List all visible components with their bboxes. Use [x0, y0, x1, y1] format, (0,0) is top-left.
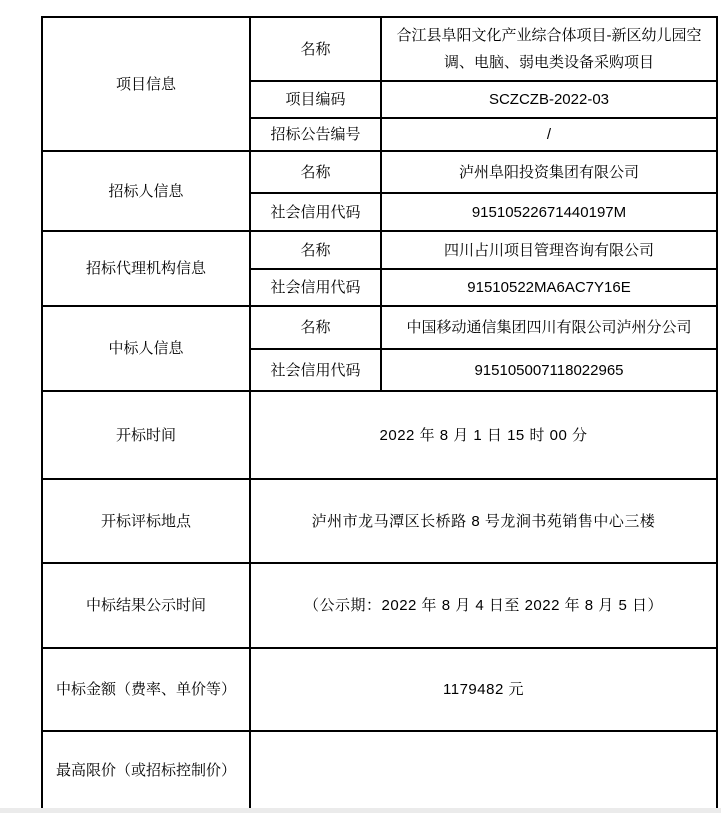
field-value-tenderer-credit-code: 91510522671440197M: [381, 193, 717, 231]
field-label-agency-credit-code: 社会信用代码: [250, 269, 381, 306]
table-container: 项目信息 名称 合江县阜阳文化产业综合体项目-新区幼儿园空调、电脑、弱电类设备采…: [41, 16, 719, 808]
field-value-project-code: SCZCZB-2022-03: [381, 81, 717, 118]
table-row: 开标时间 2022 年 8 月 1 日 15 时 00 分: [42, 391, 717, 479]
tender-result-table: 项目信息 名称 合江县阜阳文化产业综合体项目-新区幼儿园空调、电脑、弱电类设备采…: [41, 16, 718, 808]
field-label-tenderer-credit-code: 社会信用代码: [250, 193, 381, 231]
field-value-bid-opening-time: 2022 年 8 月 1 日 15 时 00 分: [250, 391, 717, 479]
field-value-announcement-no: /: [381, 118, 717, 151]
group-cell-winner-info: 中标人信息: [42, 306, 250, 391]
field-value-bid-opening-location: 泸州市龙马潭区长桥路 8 号龙涧书苑销售中心三楼: [250, 479, 717, 563]
field-label-announcement-no: 招标公告编号: [250, 118, 381, 151]
group-cell-agency-info: 招标代理机构信息: [42, 231, 250, 306]
field-value-result-publicity-time: （公示期：2022 年 8 月 4 日至 2022 年 8 月 5 日）: [250, 563, 717, 648]
field-value-max-price-limit: [250, 731, 717, 808]
field-label-tenderer-name: 名称: [250, 151, 381, 193]
field-value-winner-name: 中国移动通信集团四川有限公司泸州分公司: [381, 306, 717, 349]
table-row: 中标人信息 名称 中国移动通信集团四川有限公司泸州分公司: [42, 306, 717, 349]
field-value-project-name: 合江县阜阳文化产业综合体项目-新区幼儿园空调、电脑、弱电类设备采购项目: [381, 17, 717, 81]
field-value-winning-amount: 1179482 元: [250, 648, 717, 731]
table-row: 招标人信息 名称 泸州阜阳投资集团有限公司: [42, 151, 717, 193]
table-row: 开标评标地点 泸州市龙马潭区长桥路 8 号龙涧书苑销售中心三楼: [42, 479, 717, 563]
table-row: 项目信息 名称 合江县阜阳文化产业综合体项目-新区幼儿园空调、电脑、弱电类设备采…: [42, 17, 717, 81]
field-label-bid-opening-location: 开标评标地点: [42, 479, 250, 563]
field-label-winner-name: 名称: [250, 306, 381, 349]
field-value-agency-credit-code: 91510522MA6AC7Y16E: [381, 269, 717, 306]
table-row: 招标代理机构信息 名称 四川占川项目管理咨询有限公司: [42, 231, 717, 269]
field-label-result-publicity-time: 中标结果公示时间: [42, 563, 250, 648]
field-label-winning-amount: 中标金额（费率、单价等）: [42, 648, 250, 731]
viewport-bottom-edge: [0, 808, 721, 813]
field-label-max-price-limit: 最高限价（或招标控制价）: [42, 731, 250, 808]
table-row: 中标结果公示时间 （公示期：2022 年 8 月 4 日至 2022 年 8 月…: [42, 563, 717, 648]
field-label-project-code: 项目编码: [250, 81, 381, 118]
table-row: 最高限价（或招标控制价）: [42, 731, 717, 808]
group-cell-project-info: 项目信息: [42, 17, 250, 151]
field-label-project-name: 名称: [250, 17, 381, 81]
field-value-tenderer-name: 泸州阜阳投资集团有限公司: [381, 151, 717, 193]
group-cell-tenderer-info: 招标人信息: [42, 151, 250, 231]
field-label-winner-credit-code: 社会信用代码: [250, 349, 381, 391]
field-value-agency-name: 四川占川项目管理咨询有限公司: [381, 231, 717, 269]
field-value-winner-credit-code: 915105007118022965: [381, 349, 717, 391]
table-row: 中标金额（费率、单价等） 1179482 元: [42, 648, 717, 731]
field-label-agency-name: 名称: [250, 231, 381, 269]
field-label-bid-opening-time: 开标时间: [42, 391, 250, 479]
page: 项目信息 名称 合江县阜阳文化产业综合体项目-新区幼儿园空调、电脑、弱电类设备采…: [0, 0, 721, 813]
